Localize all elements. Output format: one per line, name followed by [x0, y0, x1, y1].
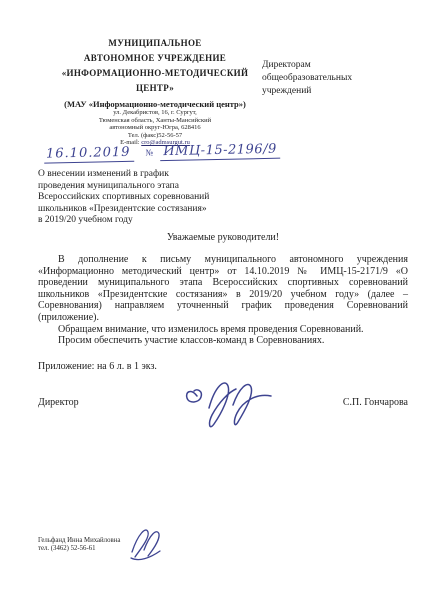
org-address-line: автономный округ-Югра, 628416	[38, 124, 272, 132]
recipient-line: общеобразовательных	[262, 72, 412, 85]
signatory-name: С.П. Гончарова	[38, 397, 408, 408]
salutation: Уважаемые руководители!	[38, 232, 408, 243]
attachment-note: Приложение: на 6 л. в 1 экз.	[38, 361, 157, 372]
org-address-line: ул. Декабристов, 16, г. Сургут,	[38, 109, 272, 117]
subject-line: проведения муниципального этапа	[38, 181, 294, 193]
recipient-line: Директорам	[262, 59, 412, 72]
contact-name: Гельфанд Инна Михайловна	[38, 537, 120, 545]
handwritten-reference: 16.10.2019 № ИМЦ-15-2196/9	[44, 137, 294, 161]
body-paragraph: Обращаем внимание, что изменилось время …	[38, 324, 408, 336]
subject-line: О внесении изменений в график	[38, 169, 294, 181]
org-name-line: АВТОНОМНОЕ УЧРЕЖДЕНИЕ	[38, 51, 272, 66]
recipient-block: Директорам общеобразовательных учреждени…	[262, 59, 412, 98]
body-paragraph: В дополнение к письму муниципального авт…	[38, 254, 408, 324]
letter-body: В дополнение к письму муниципального авт…	[38, 254, 408, 347]
footer-contact: Гельфанд Инна Михайловна тел. (3462) 52-…	[38, 537, 120, 553]
body-paragraph: Просим обеспечить участие классов-команд…	[38, 335, 408, 347]
letter-document: МУНИЦИПАЛЬНОЕ АВТОНОМНОЕ УЧРЕЖДЕНИЕ «ИНФ…	[0, 0, 424, 599]
subject-line: в 2019/20 учебном году	[38, 215, 294, 227]
contact-phone: тел. (3462) 52-56-61	[38, 545, 120, 553]
org-address-line: Тюменская область, Ханты-Мансийский	[38, 117, 272, 125]
org-short-name: (МАУ «Информационно-методический центр»)	[38, 99, 272, 109]
org-name-line: «ИНФОРМАЦИОННО-МЕТОДИЧЕСКИЙ	[38, 66, 272, 81]
recipient-line: учреждений	[262, 85, 412, 98]
subject-line: школьников «Президентские состязания»	[38, 204, 294, 216]
subject-line: Всероссийских спортивных соревнований	[38, 192, 294, 204]
letterhead: МУНИЦИПАЛЬНОЕ АВТОНОМНОЕ УЧРЕЖДЕНИЕ «ИНФ…	[38, 36, 272, 147]
org-name-line: ЦЕНТР»	[38, 81, 272, 96]
handwritten-date: 16.10.2019	[44, 145, 135, 164]
handwritten-number: ИМЦ-15-2196/9	[160, 142, 280, 161]
footer-initials-mark	[122, 524, 168, 564]
org-name-line: МУНИЦИПАЛЬНОЕ	[38, 36, 272, 51]
subject-block: О внесении изменений в график проведения…	[38, 169, 294, 227]
number-sign: №	[146, 148, 154, 157]
